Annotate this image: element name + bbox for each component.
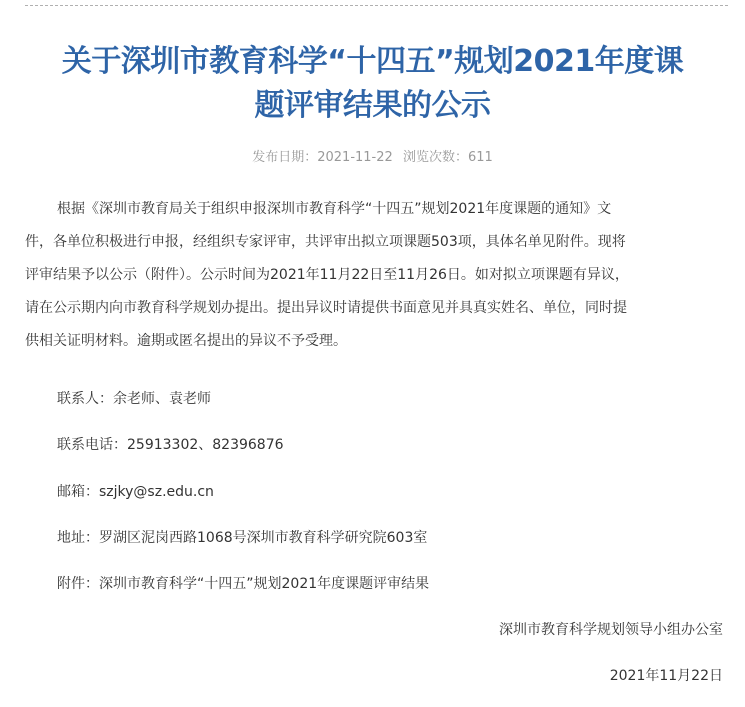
- title-line-1: 关于深圳市教育科学“十四五”规划2021年度课: [0, 40, 745, 84]
- body-line: 供相关证明材料。逾期或匿名提出的异议不予受理。: [25, 325, 725, 358]
- body-line: 根据《深圳市教育局关于组织申报深圳市教育科学“十四五”规划2021年度课题的通知…: [25, 193, 725, 226]
- body-line: 评审结果予以公示（附件）。公示时间为2021年11月22日至11月26日。如对拟…: [25, 259, 725, 292]
- signature-date: 2021年11月22日: [610, 665, 723, 685]
- contact-email[interactable]: 邮箱：szjky@sz.edu.cn: [57, 481, 214, 501]
- contact-phone: 联系电话：25913302、82396876: [57, 434, 284, 454]
- article-meta: 发布日期：2021-11-22 浏览次数：611: [0, 146, 745, 165]
- signature-organization: 深圳市教育科学规划领导小组办公室: [499, 619, 723, 639]
- page-title: 关于深圳市教育科学“十四五”规划2021年度课 题评审结果的公示: [0, 40, 745, 128]
- body-line: 件，各单位积极进行申报，经组织专家评审，共评审出拟立项课题503项，具体名单见附…: [25, 226, 725, 259]
- article-body: 根据《深圳市教育局关于组织申报深圳市教育科学“十四五”规划2021年度课题的通知…: [25, 193, 725, 358]
- attachment-link[interactable]: 附件：深圳市教育科学“十四五”规划2021年度课题评审结果: [57, 573, 429, 593]
- top-dashed-divider: [25, 5, 728, 6]
- contact-address: 地址：罗湖区泥岗西路1068号深圳市教育科学研究院603室: [57, 527, 427, 547]
- publish-date: 发布日期：2021-11-22: [252, 150, 393, 165]
- contact-person: 联系人：余老师、袁老师: [57, 388, 211, 408]
- title-line-2: 题评审结果的公示: [0, 84, 745, 128]
- body-line: 请在公示期内向市教育科学规划办提出。提出异议时请提供书面意见并具真实姓名、单位，…: [25, 292, 725, 325]
- view-count: 浏览次数：611: [403, 150, 493, 165]
